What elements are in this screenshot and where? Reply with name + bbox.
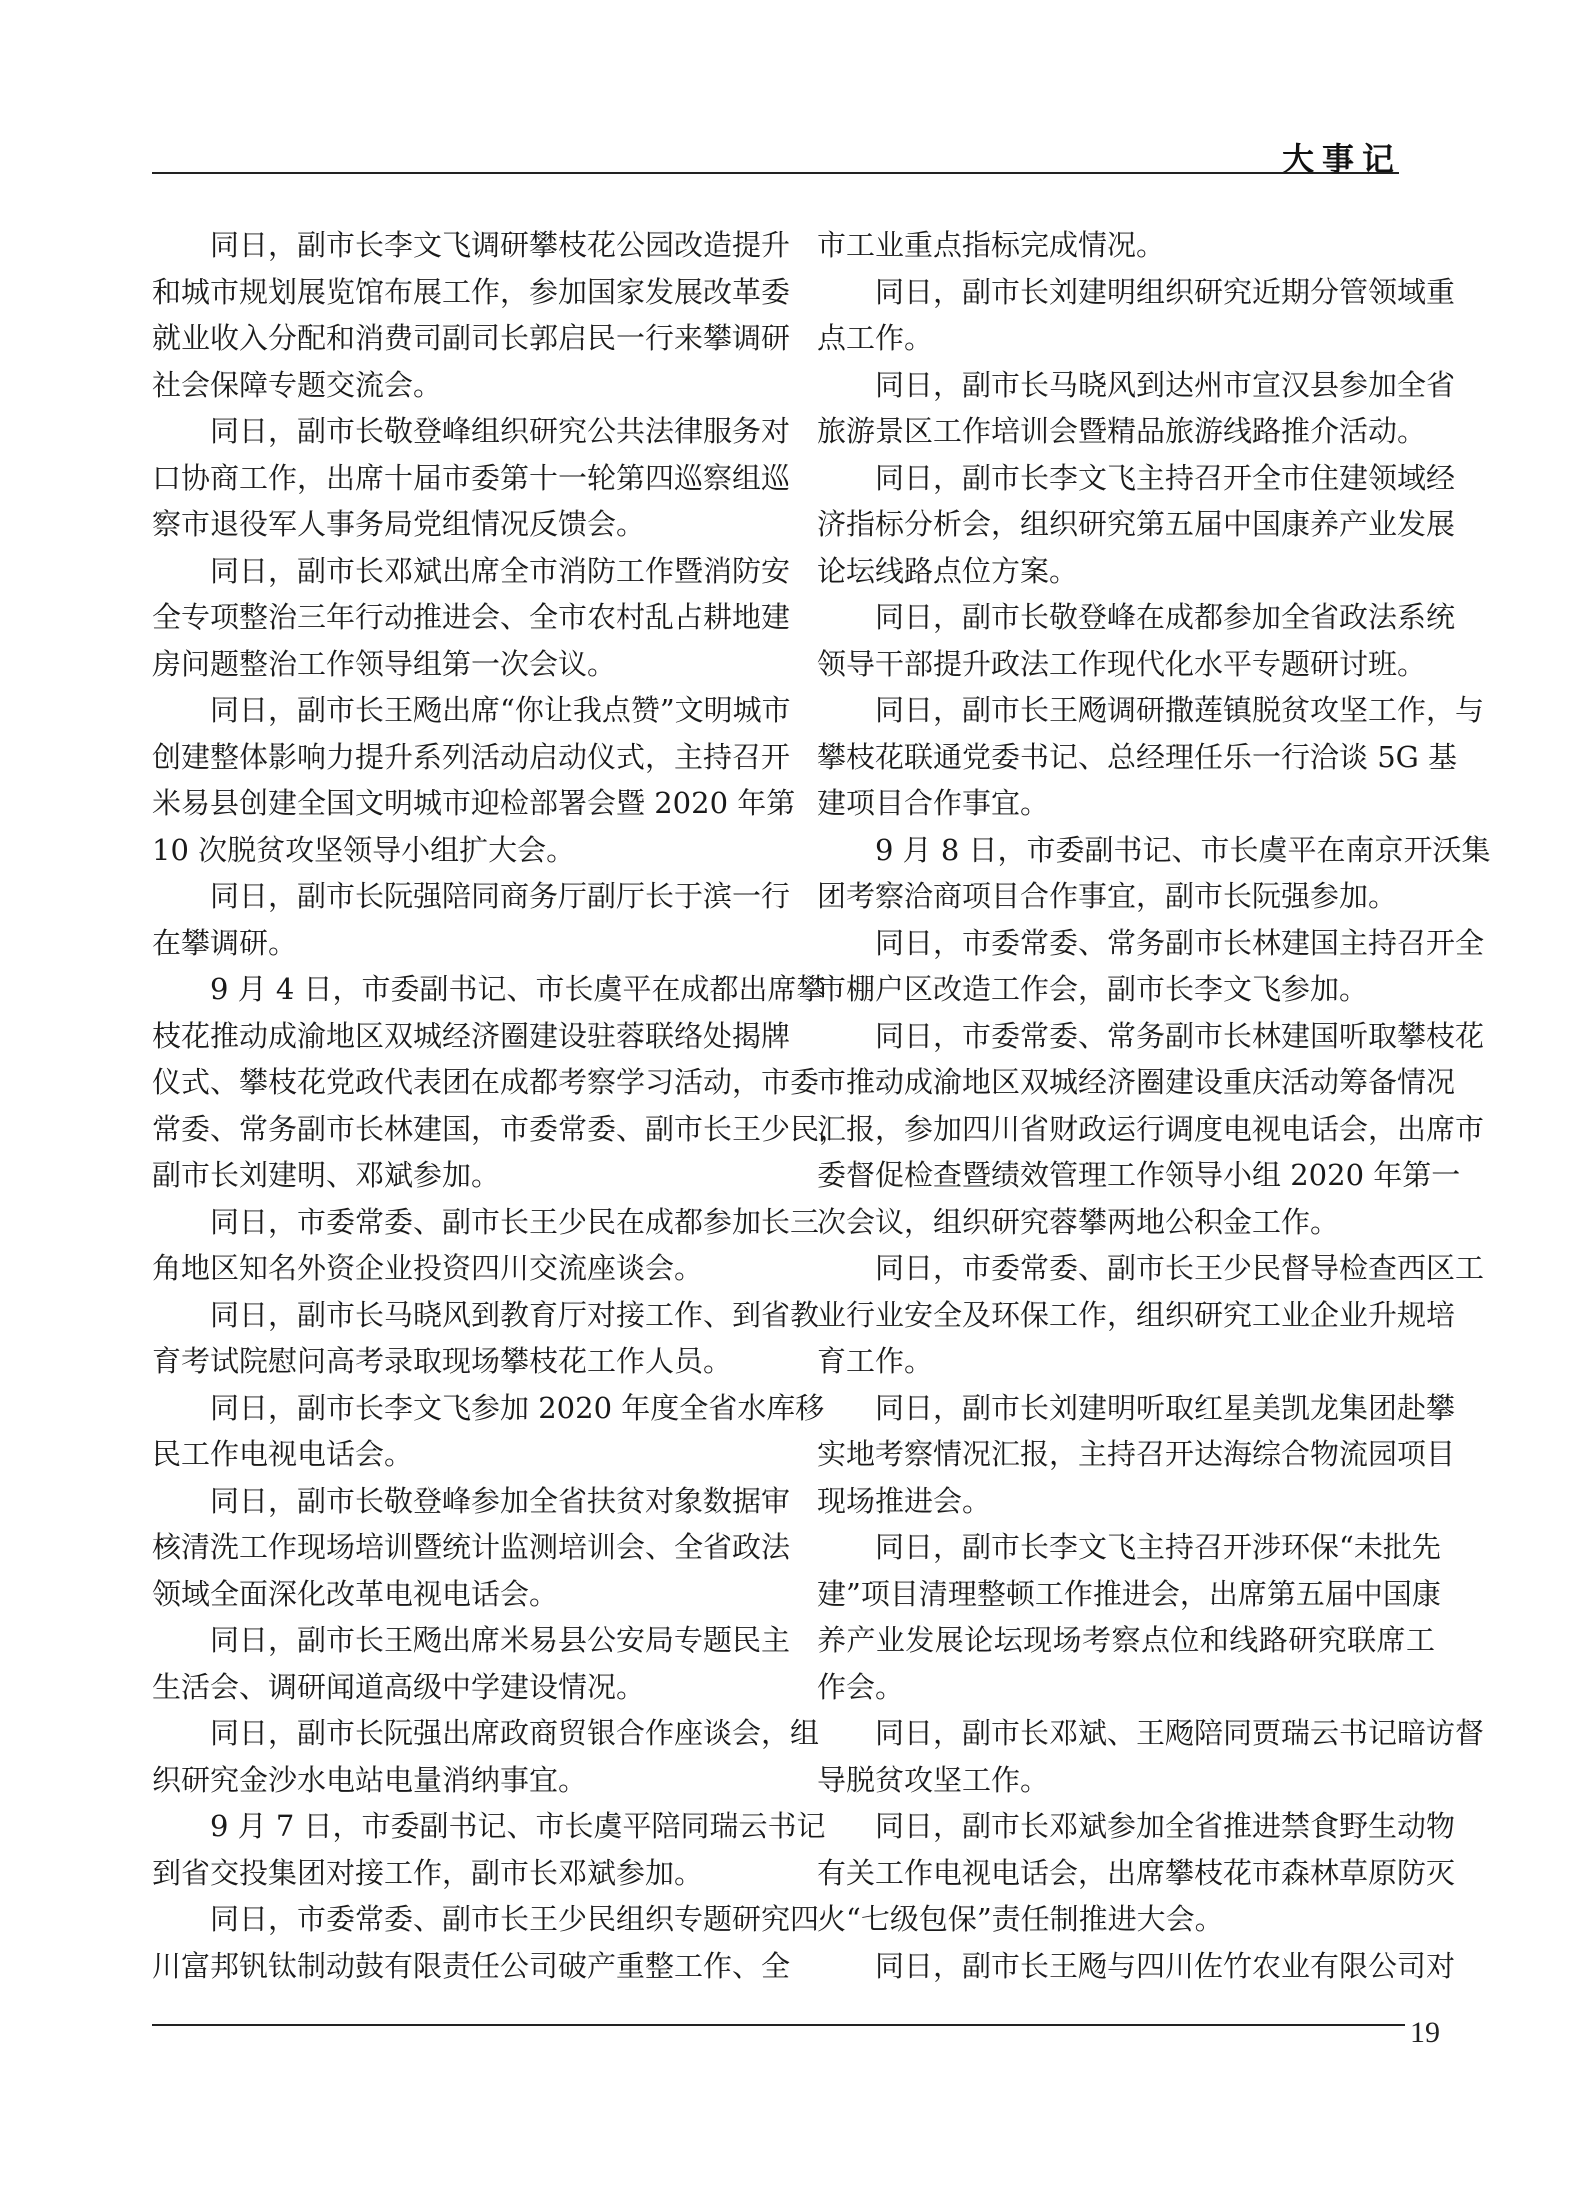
text-line: 同日，副市长王飏调研撒莲镇脱贫攻坚工作，与 <box>817 687 1435 734</box>
text-line: 论坛线路点位方案。 <box>817 548 1435 595</box>
text-line: 同日，市委常委、常务副市长林建国听取攀枝花 <box>817 1013 1435 1060</box>
text-line: 同日，副市长刘建明听取红星美凯龙集团赴攀 <box>817 1385 1435 1432</box>
text-line: 民工作电视电话会。 <box>152 1431 770 1478</box>
text-line: 在攀调研。 <box>152 920 770 967</box>
text-line: 市棚户区改造工作会，副市长李文飞参加。 <box>817 966 1435 1013</box>
text-line: 创建整体影响力提升系列活动启动仪式，主持召开 <box>152 734 770 781</box>
text-line: 同日，副市长刘建明组织研究近期分管领域重 <box>817 269 1435 316</box>
text-line: 织研究金沙水电站电量消纳事宜。 <box>152 1757 770 1804</box>
text-line: 养产业发展论坛现场考察点位和线路研究联席工 <box>817 1617 1435 1664</box>
text-line: 同日，副市长马晓风到达州市宣汉县参加全省 <box>817 362 1435 409</box>
text-line: 10 次脱贫攻坚领导小组扩大会。 <box>152 827 770 874</box>
text-line: 同日，副市长敬登峰组织研究公共法律服务对 <box>152 408 770 455</box>
text-line: 就业收入分配和消费司副司长郭启民一行来攀调研 <box>152 315 770 362</box>
text-line: 领域全面深化改革电视电话会。 <box>152 1571 770 1618</box>
text-line: 有关工作电视电话会，出席攀枝花市森林草原防灭 <box>817 1850 1435 1897</box>
left-column: 同日，副市长李文飞调研攀枝花公园改造提升和城市规划展览馆布展工作，参加国家发展改… <box>152 222 770 1989</box>
text-line: 汇报，参加四川省财政运行调度电视电话会，出席市 <box>817 1106 1435 1153</box>
text-line: 作会。 <box>817 1664 1435 1711</box>
text-line: 同日，副市长阮强陪同商务厅副厅长于滨一行 <box>152 873 770 920</box>
text-line: 9 月 8 日，市委副书记、市长虞平在南京开沃集 <box>817 827 1435 874</box>
text-line: 副市长刘建明、邓斌参加。 <box>152 1152 770 1199</box>
text-line: 市工业重点指标完成情况。 <box>817 222 1435 269</box>
text-line: 同日，副市长马晓风到教育厅对接工作、到省教 <box>152 1292 770 1339</box>
text-line: 房问题整治工作领导组第一次会议。 <box>152 641 770 688</box>
text-line: 口协商工作，出席十届市委第十一轮第四巡察组巡 <box>152 455 770 502</box>
text-line: 同日，副市长敬登峰参加全省扶贫对象数据审 <box>152 1478 770 1525</box>
text-line: 角地区知名外资企业投资四川交流座谈会。 <box>152 1245 770 1292</box>
text-line: 社会保障专题交流会。 <box>152 362 770 409</box>
text-line: 同日，市委常委、副市长王少民督导检查西区工 <box>817 1245 1435 1292</box>
text-line: 和城市规划展览馆布展工作，参加国家发展改革委 <box>152 269 770 316</box>
text-line: 同日，副市长敬登峰在成都参加全省政法系统 <box>817 594 1435 641</box>
text-line: 点工作。 <box>817 315 1435 362</box>
text-line: 实地考察情况汇报，主持召开达海综合物流园项目 <box>817 1431 1435 1478</box>
text-line: 团考察洽商项目合作事宜，副市长阮强参加。 <box>817 873 1435 920</box>
text-line: 同日，副市长李文飞主持召开全市住建领域经 <box>817 455 1435 502</box>
text-line: 常委、常务副市长林建国，市委常委、副市长王少民， <box>152 1106 770 1153</box>
text-line: 导脱贫攻坚工作。 <box>817 1757 1435 1804</box>
text-line: 同日，副市长阮强出席政商贸银合作座谈会，组 <box>152 1710 770 1757</box>
text-line: 9 月 7 日，市委副书记、市长虞平陪同瑞云书记 <box>152 1803 770 1850</box>
text-line: 核清洗工作现场培训暨统计监测培训会、全省政法 <box>152 1524 770 1571</box>
text-line: 次会议，组织研究蓉攀两地公积金工作。 <box>817 1199 1435 1246</box>
text-line: 米易县创建全国文明城市迎检部署会暨 2020 年第 <box>152 780 770 827</box>
text-line: 同日，副市长王飏与四川佐竹农业有限公司对 <box>817 1943 1435 1990</box>
text-line: 育考试院慰问高考录取现场攀枝花工作人员。 <box>152 1338 770 1385</box>
text-line: 全专项整治三年行动推进会、全市农村乱占耕地建 <box>152 594 770 641</box>
text-line: 仪式、攀枝花党政代表团在成都考察学习活动，市委 <box>152 1059 770 1106</box>
footer-rule <box>152 2024 1405 2026</box>
header-rule <box>152 172 1399 174</box>
text-line: 攀枝花联通党委书记、总经理任乐一行洽谈 5G 基 <box>817 734 1435 781</box>
text-line: 旅游景区工作培训会暨精品旅游线路推介活动。 <box>817 408 1435 455</box>
text-line: 同日，副市长邓斌、王飏陪同贾瑞云书记暗访督 <box>817 1710 1435 1757</box>
text-line: 生活会、调研闻道高级中学建设情况。 <box>152 1664 770 1711</box>
text-line: 委督促检查暨绩效管理工作领导小组 2020 年第一 <box>817 1152 1435 1199</box>
text-line: 同日，市委常委、常务副市长林建国主持召开全 <box>817 920 1435 967</box>
text-line: 建项目合作事宜。 <box>817 780 1435 827</box>
text-line: 同日，副市长李文飞主持召开涉环保“未批先 <box>817 1524 1435 1571</box>
text-line: 业行业安全及环保工作，组织研究工业企业升规培 <box>817 1292 1435 1339</box>
page-number: 19 <box>1410 2016 1440 2050</box>
text-line: 川富邦钒钛制动鼓有限责任公司破产重整工作、全 <box>152 1943 770 1990</box>
text-line: 到省交投集团对接工作，副市长邓斌参加。 <box>152 1850 770 1897</box>
text-line: 火“七级包保”责任制推进大会。 <box>817 1896 1435 1943</box>
text-line: 枝花推动成渝地区双城经济圈建设驻蓉联络处揭牌 <box>152 1013 770 1060</box>
text-line: 同日，副市长李文飞参加 2020 年度全省水库移 <box>152 1385 770 1432</box>
text-line: 同日，副市长邓斌出席全市消防工作暨消防安 <box>152 548 770 595</box>
text-line: 察市退役军人事务局党组情况反馈会。 <box>152 501 770 548</box>
text-line: 同日，市委常委、副市长王少民组织专题研究四 <box>152 1896 770 1943</box>
text-line: 同日，副市长李文飞调研攀枝花公园改造提升 <box>152 222 770 269</box>
right-column: 市工业重点指标完成情况。同日，副市长刘建明组织研究近期分管领域重点工作。同日，副… <box>817 222 1435 1989</box>
text-line: 9 月 4 日，市委副书记、市长虞平在成都出席攀 <box>152 966 770 1013</box>
text-line: 市推动成渝地区双城经济圈建设重庆活动筹备情况 <box>817 1059 1435 1106</box>
text-line: 现场推进会。 <box>817 1478 1435 1525</box>
text-line: 育工作。 <box>817 1338 1435 1385</box>
text-line: 同日，市委常委、副市长王少民在成都参加长三 <box>152 1199 770 1246</box>
text-line: 济指标分析会，组织研究第五届中国康养产业发展 <box>817 501 1435 548</box>
text-line: 建”项目清理整顿工作推进会，出席第五届中国康 <box>817 1571 1435 1618</box>
text-line: 同日，副市长王飏出席米易县公安局专题民主 <box>152 1617 770 1664</box>
text-line: 同日，副市长王飏出席“你让我点赞”文明城市 <box>152 687 770 734</box>
text-line: 领导干部提升政法工作现代化水平专题研讨班。 <box>817 641 1435 688</box>
text-line: 同日，副市长邓斌参加全省推进禁食野生动物 <box>817 1803 1435 1850</box>
